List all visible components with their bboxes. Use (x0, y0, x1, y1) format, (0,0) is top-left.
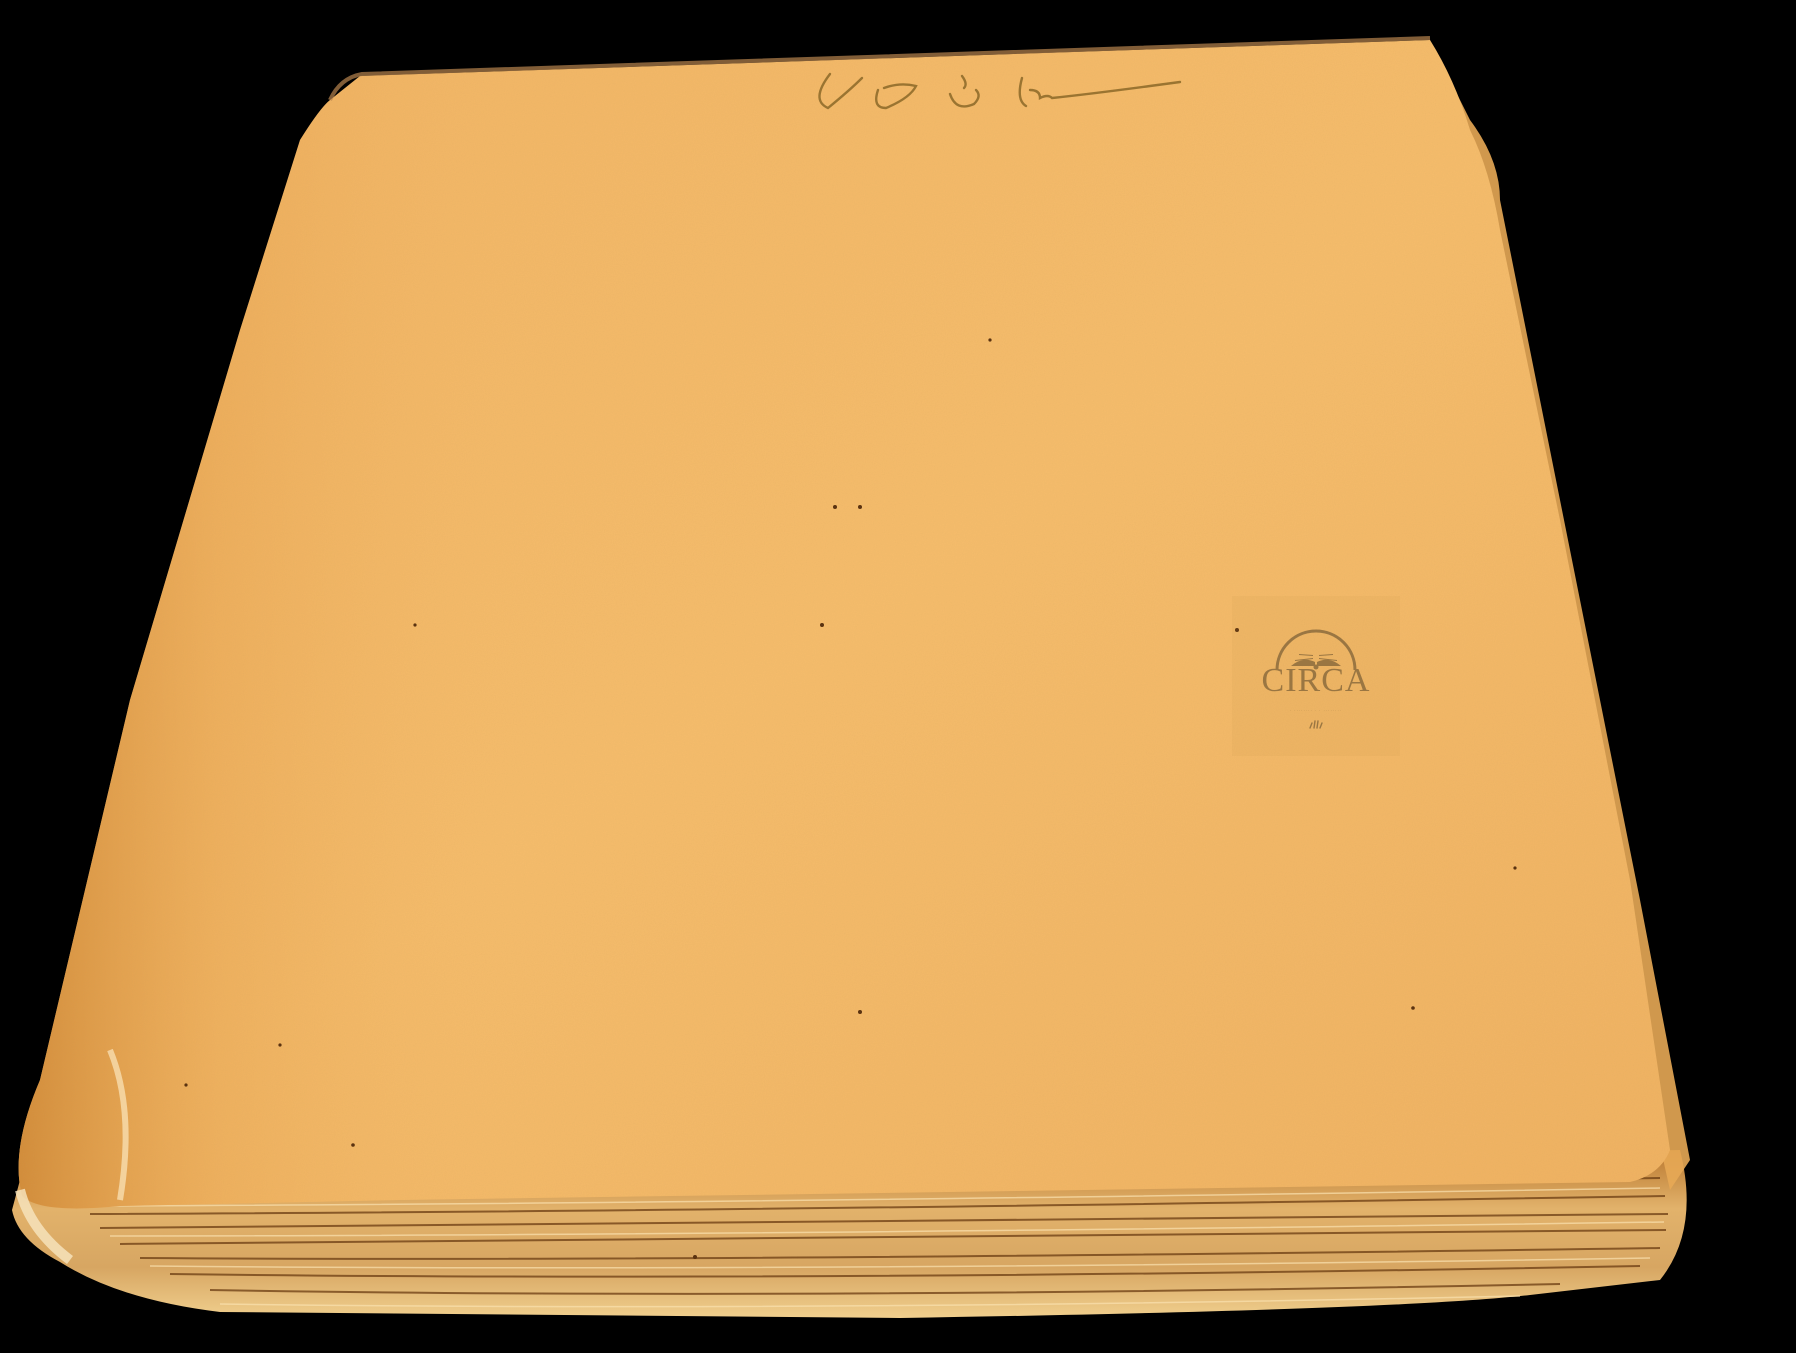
sprig-icon (1307, 719, 1325, 729)
book-illustration (0, 0, 1796, 1353)
handwriting-icon (790, 60, 1210, 120)
pencil-inscription (790, 60, 1210, 120)
circa-watermark: CIRCA · ········ · · ········ (1232, 596, 1400, 756)
watermark-brand: CIRCA (1262, 664, 1371, 698)
book-photo: CIRCA · ········ · · ········ (0, 0, 1796, 1353)
watermark-tagline: · ········ · · ········ (1290, 708, 1342, 713)
